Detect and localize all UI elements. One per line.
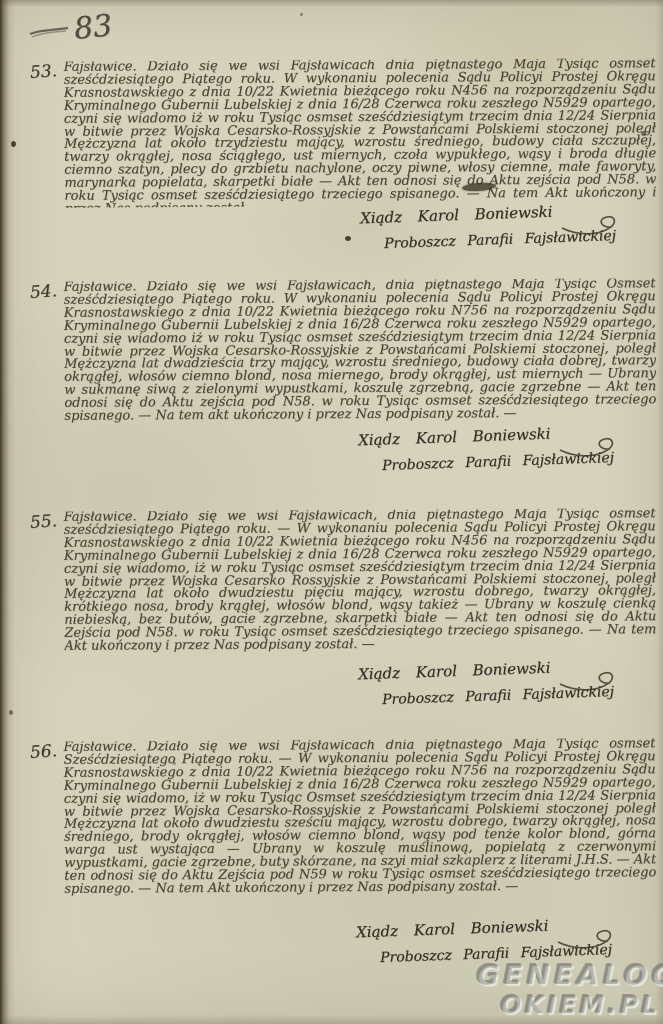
signature-block: Xiądz Karol Boniewski Proboszcz Parafii … (352, 206, 632, 264)
death-record-entry-53: 53. Fajsławice. Działo się we wsi Fajsła… (0, 60, 663, 206)
entry-handwritten-text: Fajsławice. Działo się we wsi Fajsławica… (64, 58, 657, 208)
entry-number: 55. (29, 511, 60, 533)
signature-block: Xiądz Karol Boniewski Proboszcz Parafii … (350, 662, 630, 720)
ink-speck (11, 141, 16, 147)
entry-number: 54. (29, 281, 60, 303)
death-record-entry-55: 55. Fajsławice. Działo się we wsi Fajsła… (0, 510, 663, 656)
watermark-genealogia: GENEALOGIA (476, 958, 663, 991)
priest-signature-title: Proboszcz Parafii Fajsławickiej (382, 684, 614, 708)
page-number: 83 (72, 8, 114, 47)
priest-signature-title: Proboszcz Parafii Fajsławickiej (382, 450, 614, 474)
priest-signature-name: Xiądz Karol Boniewski (356, 917, 549, 942)
ink-speck (173, 762, 176, 765)
entry-number: 56. (29, 741, 60, 763)
ink-speck (641, 131, 646, 136)
scanned-register-page: 83 53. Fajsławice. Działo się we wsi Faj… (0, 0, 663, 1024)
death-record-entry-56: 56. Fajsławice. Działo się we wsi Fajsła… (0, 740, 663, 926)
ink-speck (345, 236, 351, 241)
entry-handwritten-text: Fajsławice. Działo się we wsi Fajsławica… (63, 738, 656, 928)
priest-signature-name: Xiądz Karol Boniewski (358, 659, 551, 684)
entry-handwritten-text: Fajsławice. Działo się we wsi Fajsławica… (64, 278, 657, 428)
entry-handwritten-text: Fajsławice. Działo się we wsi Fajsławica… (64, 508, 657, 658)
crossed-out-mark (28, 22, 72, 42)
entry-number: 53. (29, 61, 60, 83)
priest-signature-name: Xiądz Karol Boniewski (358, 425, 551, 450)
watermark-okiem-pl: OKIEM.PL (500, 990, 660, 1019)
death-record-entry-54: 54. Fajsławice. Działo się we wsi Fajsła… (0, 280, 663, 426)
ink-speck (300, 13, 303, 16)
ink-speck (9, 710, 13, 715)
signature-block: Xiądz Karol Boniewski Proboszcz Parafii … (350, 428, 630, 486)
priest-signature-title: Proboszcz Parafii Fajsławickiej (384, 228, 616, 252)
priest-signature-name: Xiądz Karol Boniewski (360, 203, 553, 228)
